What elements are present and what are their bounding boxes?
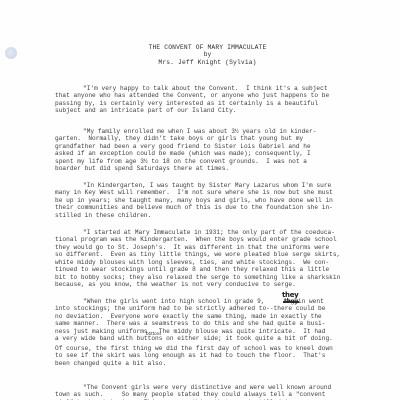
paragraph: "In Kindergarten, I was taught by Sister… <box>55 182 360 219</box>
title-block: THE CONVENT OF MARY IMMACULATE by Mrs. J… <box>55 44 360 66</box>
paragraph: "My family enrolled me when I was about … <box>55 128 360 173</box>
text-line: spent my life from age 3½ to 18 on the c… <box>55 158 360 165</box>
text-line: bit to bobby socks; they also relaxed th… <box>55 274 360 281</box>
text-line: tinued to wear stockings until grade 8 a… <box>55 266 360 273</box>
text-line: white middy blouses with long sleeves, t… <box>55 259 360 266</box>
text-line: Of course, the first thing we did the fi… <box>55 345 360 352</box>
document-title: THE CONVENT OF MARY IMMACULATE <box>55 44 360 51</box>
text-line: they would go to St. Joseph's. It was di… <box>55 244 360 251</box>
text-line: subject and an intricate part of our Isl… <box>55 107 360 114</box>
text-line: because, as you know, the weather is not… <box>55 281 360 288</box>
text-line: asked if an exception could be made (whi… <box>55 150 360 157</box>
text-line: no deviation. Everyone wore exactly the … <box>55 313 360 320</box>
text-line: into stockings; the uniform had to be st… <box>55 305 360 312</box>
text-line: "I started at Mary Immaculate in 1931; t… <box>55 229 360 236</box>
text-line: passing by, is certainly very interested… <box>55 100 360 107</box>
handwritten-small-insert: buttons <box>146 331 161 336</box>
byline-by: by <box>55 51 360 58</box>
text-line: ness just making uniforms. The middy blo… <box>55 328 360 335</box>
text-line: "When the girls went into high school in… <box>55 298 360 305</box>
text-line: boarder but did spend Saturdays there at… <box>55 165 360 172</box>
text-line: garten. Normally, they didn't take boys … <box>55 135 360 142</box>
text-line: "I'm very happy to talk about the Conven… <box>55 85 360 92</box>
text-line: that anyone who has attended the Convent… <box>55 92 360 99</box>
paragraph: "I started at Mary Immaculate in 1931; t… <box>55 229 360 289</box>
paragraph: "When the girls went into high school in… <box>55 298 360 367</box>
author-name: Mrs. Jeff Knight (Sylvia) <box>55 59 360 66</box>
paragraph: "I'm very happy to talk about the Conven… <box>55 85 360 115</box>
document-page: THE CONVENT OF MARY IMMACULATE by Mrs. J… <box>0 0 400 400</box>
text-line: stilled in these children. <box>55 212 360 219</box>
punch-hole <box>5 47 17 59</box>
text-line: a very wide band with buttons on either … <box>55 335 360 342</box>
text-line: been changed quite a bit also. <box>55 360 360 367</box>
text-line: many in Key West will remember. I'm not … <box>55 189 360 196</box>
paragraph: "The Convent girls were very distinctive… <box>55 384 360 400</box>
text-line: their communities and believe much of th… <box>55 204 360 211</box>
text-line: "My family enrolled me when I was about … <box>55 128 360 135</box>
text-line: town as such. So many people stated they… <box>55 391 360 398</box>
strikethrough-mark <box>283 301 299 303</box>
text-line: grandfather had been a very good friend … <box>55 143 360 150</box>
text-line: to see if the skirt was long enough as i… <box>55 352 360 359</box>
text-line: tional program was the Kindergarten. Whe… <box>55 236 360 243</box>
text-line: be up in years; she taught many, many bo… <box>55 197 360 204</box>
text-line: "In Kindergarten, I was taught by Sister… <box>55 182 360 189</box>
text-line: so different. Even as tiny little things… <box>55 251 360 258</box>
text-line: "The Convent girls were very distinctive… <box>55 384 360 391</box>
text-line: same manner. There was a seamstress to d… <box>55 320 360 327</box>
